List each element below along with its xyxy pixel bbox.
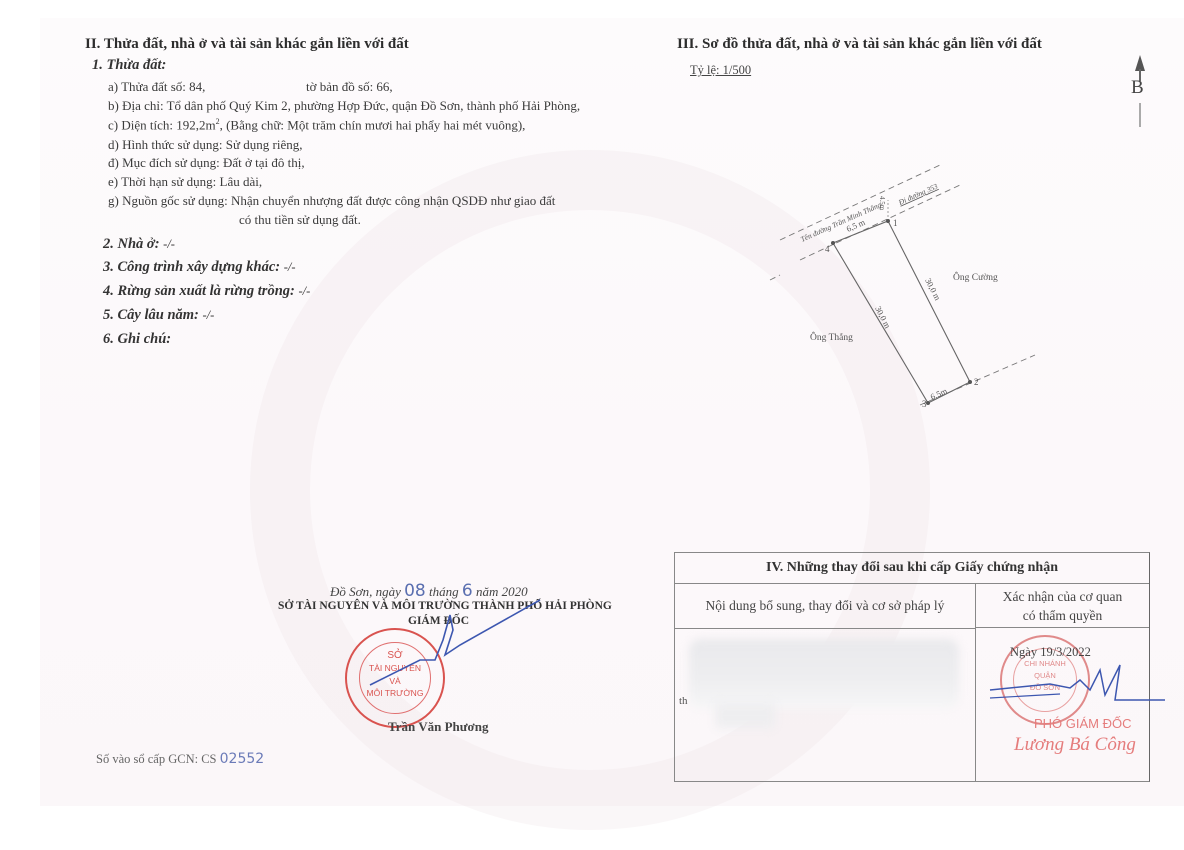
confirm-date-prefix: Ngày bbox=[1010, 645, 1037, 659]
corner-1: 1 bbox=[893, 218, 898, 228]
usage-purpose: đ) Mục đích sử dụng: Đất ở tại đô thị, bbox=[108, 155, 305, 171]
area-in-words: , (Bằng chữ: Một trăm chín mươi hai phẩy… bbox=[220, 117, 526, 132]
sub5-value: -/- bbox=[203, 308, 215, 322]
sub4-value: -/- bbox=[298, 284, 310, 298]
area: c) Diện tích: 192,2m2, (Bằng chữ: Một tr… bbox=[108, 117, 525, 133]
parcel-diagram: Tên đường Trần Minh Thắng Đi đường 353 4… bbox=[780, 160, 1040, 420]
director-signature bbox=[365, 600, 545, 700]
col-changes-header: Nội dung bổ sung, thay đổi và cơ sở pháp… bbox=[675, 584, 975, 629]
sub2-house: 2. Nhà ở: -/- bbox=[103, 236, 175, 253]
confirm-date-value: 19/3/2022 bbox=[1040, 645, 1091, 659]
sub5-label: 5. Cây lâu năm: bbox=[103, 307, 199, 323]
sub2-label: 2. Nhà ở: bbox=[103, 236, 160, 252]
road-sub-label: Đi đường 353 bbox=[896, 181, 939, 207]
parcel-number: a) Thửa đất số: 84, bbox=[108, 79, 205, 95]
map-sheet-number: tờ bản đồ số: 66, bbox=[306, 79, 393, 95]
sub5-perennial: 5. Cây lâu năm: -/- bbox=[103, 307, 214, 324]
road-label: Tên đường Trần Minh Thắng bbox=[799, 200, 883, 244]
section-iv-title: IV. Những thay đổi sau khi cấp Giấy chứn… bbox=[675, 553, 1149, 584]
corner-2: 2 bbox=[974, 377, 979, 387]
signer-name: Trần Văn Phương bbox=[388, 719, 489, 735]
address: b) Địa chỉ: Tổ dân phố Quý Kim 2, phường… bbox=[108, 98, 580, 114]
issue-day: 08 bbox=[404, 581, 426, 601]
sub3-value: -/- bbox=[284, 260, 296, 274]
col-confirm-header-line1: Xác nhận của cơ quan bbox=[976, 587, 1149, 606]
sub3-label: 3. Công trình xây dựng khác: bbox=[103, 259, 280, 275]
confirm-signer: Lương Bá Công bbox=[1014, 734, 1136, 756]
sub2-value: -/- bbox=[163, 237, 175, 251]
redacted-content bbox=[689, 639, 959, 709]
sub1-title: 1. Thửa đất: bbox=[92, 57, 166, 74]
place-date: Đồ Sơn, ngày 08 tháng 6 năm 2020 bbox=[330, 581, 528, 601]
issue-year: năm 2020 bbox=[476, 584, 528, 599]
setback-label: 4.5m bbox=[878, 196, 886, 211]
neighbor-right: Ông Cường bbox=[953, 271, 998, 283]
back-width-label: 6,5m bbox=[929, 386, 949, 402]
neighbor-left: Ông Thắng bbox=[810, 331, 853, 343]
usage-form: d) Hình thức sử dụng: Sử dụng riêng, bbox=[108, 137, 302, 153]
issue-month: 6 bbox=[462, 581, 473, 601]
area-value: c) Diện tích: 192,2m bbox=[108, 117, 216, 132]
usage-origin: g) Nguồn gốc sử dụng: Nhận chuyển nhượng… bbox=[108, 193, 555, 209]
usage-origin-cont: có thu tiền sử dụng đất. bbox=[239, 212, 361, 228]
sub4-forest: 4. Rừng sản xuất là rừng trồng: -/- bbox=[103, 283, 310, 300]
col-confirm-header: Xác nhận của cơ quan có thẩm quyền bbox=[975, 584, 1149, 628]
usage-term: e) Thời hạn sử dụng: Lâu dài, bbox=[108, 174, 262, 190]
scale-label: Tỷ lệ: 1/500 bbox=[690, 63, 751, 78]
registry-number: Số vào sổ cấp GCN: CS 02552 bbox=[96, 751, 264, 767]
month-label: tháng bbox=[429, 584, 459, 599]
row-text-fragment: th bbox=[679, 695, 688, 707]
corner-3: 3 bbox=[922, 399, 927, 409]
place-date-prefix: Đồ Sơn, ngày bbox=[330, 584, 401, 599]
sub3-other-works: 3. Công trình xây dựng khác: -/- bbox=[103, 259, 296, 276]
left-length-label: 30,0 m bbox=[873, 304, 893, 330]
north-arrow-icon: B bbox=[1130, 55, 1150, 130]
confirm-position: PHÓ GIÁM ĐỐC bbox=[1034, 716, 1132, 731]
section-ii-title: II. Thửa đất, nhà ở và tài sản khác gắn … bbox=[85, 36, 409, 53]
corner-4: 4 bbox=[825, 244, 830, 254]
col-confirm-header-line2: có thẩm quyền bbox=[976, 606, 1149, 625]
confirm-date: Ngày 19/3/2022 bbox=[1010, 645, 1091, 660]
registry-label: Số vào sổ cấp GCN: CS bbox=[96, 752, 217, 766]
north-label: B bbox=[1131, 77, 1144, 99]
sub4-label: 4. Rừng sản xuất là rừng trồng: bbox=[103, 283, 295, 299]
confirm-signature bbox=[990, 660, 1165, 720]
sub6-notes: 6. Ghi chú: bbox=[103, 331, 171, 348]
right-length-label: 30,0 m bbox=[923, 276, 943, 302]
section-iii-title: III. Sơ đồ thửa đất, nhà ở và tài sản kh… bbox=[677, 36, 1042, 53]
registry-value: 02552 bbox=[220, 751, 265, 767]
